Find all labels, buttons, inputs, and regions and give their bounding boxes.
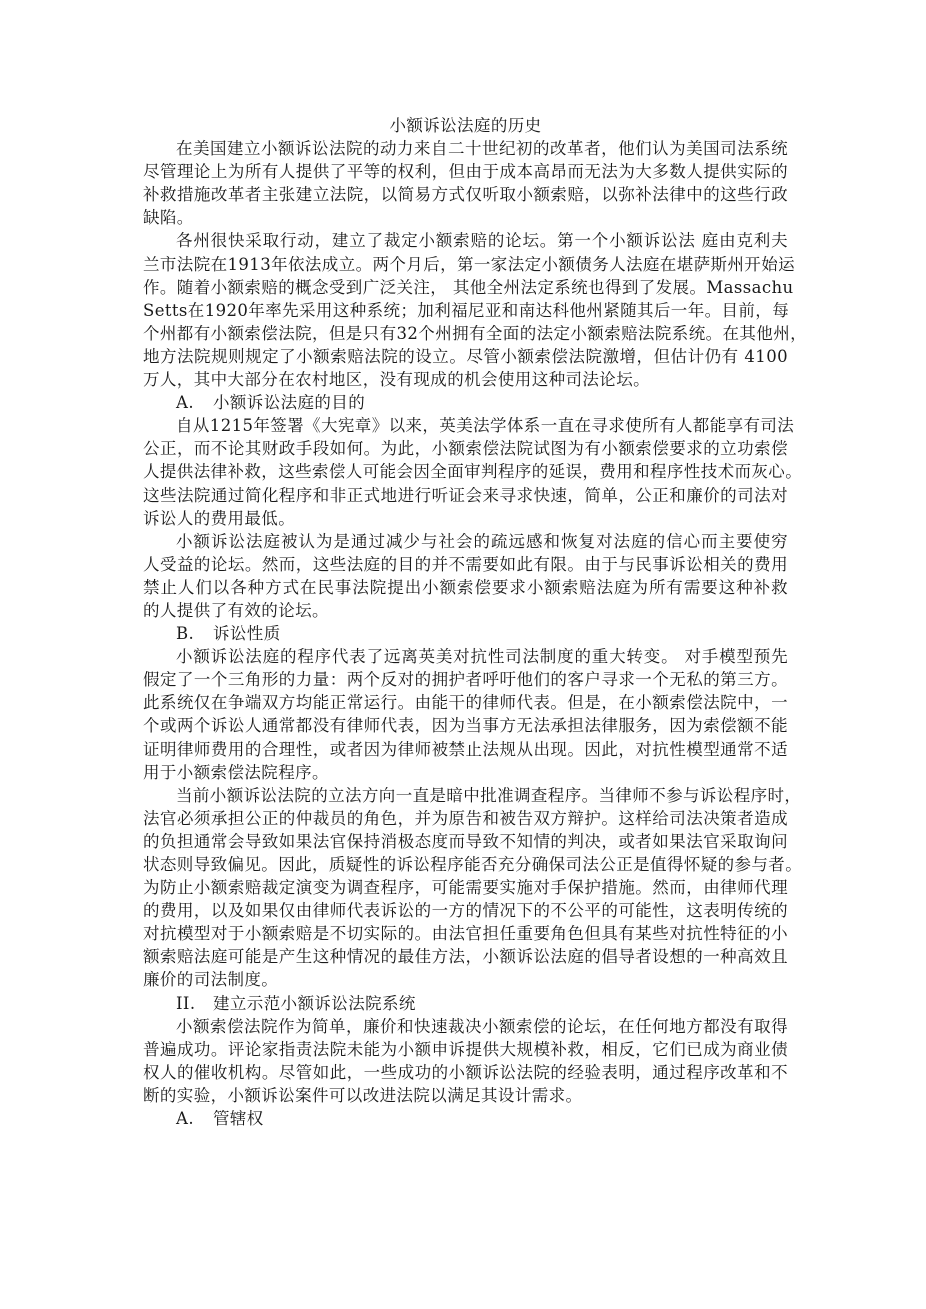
paragraph-line: 廉价的司法制度。 [143,968,788,991]
paragraph-line: 断的实验，小额诉讼案件可以改进法院以满足其设计需求。 [143,1084,788,1107]
paragraph-inquisitorial: 当前小额诉讼法院的立法方向一直是暗中批准调查程序。当律师不参与诉讼程序时， 法官… [143,784,788,992]
paragraph-line: 禁止人们以各种方式在民事法院提出小额索偿要求小额索赔法庭为所有需要这种补救 [143,576,788,599]
paragraph-line: 证明律师费用的合理性，或者因为律师被禁止法规从出现。因此，对抗性模型通常不适 [143,738,788,761]
paragraph-line: 个州都有小额索偿法院，但是只有32个州拥有全面的法定小额索赔法院系统。在其他州， [143,322,788,345]
paragraph-line: 小额索偿法院作为简单，廉价和快速裁决小额索偿的论坛，在任何地方都没有取得 [143,1015,788,1038]
paragraph-line: 为防止小额索赔裁定演变为调查程序，可能需要实施对手保护措施。然而，由律师代理 [143,876,788,899]
paragraph-line: 人提供法律补救，这些索偿人可能会因全面审判程序的延误，费用和程序性技术而灰心。 [143,460,788,483]
paragraph-intro: 在美国建立小额诉讼法院的动力来自二十世纪初的改革者，他们认为美国司法系统 尽管理… [143,137,788,229]
paragraph-adversarial: 小额诉讼法庭的程序代表了远离英美对抗性司法制度的重大转变。 对手模型预先 假定了… [143,645,788,784]
paragraph-states: 各州很快采取行动，建立了裁定小额索赔的论坛。第一个小额诉讼法 庭由克利夫 兰市法… [143,229,788,391]
paragraph-line: 额索赔法庭可能是产生这种情况的最佳方法，小额诉讼法庭的倡导者设想的一种高效且 [143,945,788,968]
paragraph-line: 尽管理论上为所有人提供了平等的权利，但由于成本高昂而无法为大多数人提供实际的 [143,160,788,183]
section-title: 小额诉讼法庭的目的 [213,393,365,412]
paragraph-poor-benefit: 小额诉讼法庭被认为是通过减少与社会的疏远感和恢复对法庭的信心而主要使穷 人受益的… [143,530,788,622]
section-heading-purpose: A.小额诉讼法庭的目的 [143,391,788,414]
section-label: A. [176,1107,213,1130]
paragraph-line: 当前小额诉讼法院的立法方向一直是暗中批准调查程序。当律师不参与诉讼程序时， [143,784,788,807]
paragraph-line: 地方法院规则规定了小额索赔法院的设立。尽管小额索偿法院激增，但估计仍有 4100 [143,345,788,368]
section-heading-model-system: II.建立示范小额诉讼法院系统 [143,992,788,1015]
paragraph-line: 假定了一个三角形的力量：两个反对的拥护者呼吁他们的客户寻求一个无私的第三方。 [143,668,788,691]
paragraph-line: 小额诉讼法庭的程序代表了远离英美对抗性司法制度的重大转变。 对手模型预先 [143,645,788,668]
paragraph-line: 人受益的论坛。然而，这些法庭的目的并不需要如此有限。由于与民事诉讼相关的费用 [143,553,788,576]
paragraph-line: 小额诉讼法庭被认为是通过减少与社会的疏远感和恢复对法庭的信心而主要使穷 [143,530,788,553]
paragraph-line: 补救措施改革者主张建立法院，以简易方式仅听取小额索赔，以弥补法律中的这些行政 [143,183,788,206]
paragraph-line: 用于小额索偿法院程序。 [143,761,788,784]
paragraph-line: 个或两个诉讼人通常都没有律师代表，因为当事方无法承担法律服务，因为索偿额不能 [143,714,788,737]
paragraph-line: 在美国建立小额诉讼法院的动力来自二十世纪初的改革者，他们认为美国司法系统 [143,137,788,160]
paragraph-line: 的人提供了有效的论坛。 [143,599,788,622]
paragraph-line: 的负担通常会导致如果法官保持消极态度而导致不知情的判决，或者如果法官采取询问 [143,830,788,853]
paragraph-success: 小额索偿法院作为简单，廉价和快速裁决小额索偿的论坛，在任何地方都没有取得 普遍成… [143,1015,788,1107]
paragraph-line: Setts在1920年率先采用这种系统；加利福尼亚和南达科他州紧随其后一年。目前… [143,299,788,322]
paragraph-line: 诉讼人的费用最低。 [143,507,788,530]
paragraph-line: 兰市法院在1913年依法成立。两个月后，第一家法定小额债务人法庭在堪萨斯州开始运 [143,253,788,276]
document-page: 小额诉讼法庭的历史 在美国建立小额诉讼法院的动力来自二十世纪初的改革者，他们认为… [143,114,788,1130]
paragraph-line: 这些法院通过简化程序和非正式地进行听证会来寻求快速，简单，公正和廉价的司法对 [143,484,788,507]
section-label: A. [176,391,213,414]
paragraph-line: 万人，其中大部分在农村地区，没有现成的机会使用这种司法论坛。 [143,368,788,391]
section-heading-jurisdiction: A.管辖权 [143,1107,788,1130]
section-title: 建立示范小额诉讼法院系统 [213,994,416,1013]
paragraph-line: 对抗模型对于小额索赔是不切实际的。由法官担任重要角色但具有某些对抗性特征的小 [143,922,788,945]
paragraph-line: 权人的催收机构。尽管如此，一些成功的小额诉讼法院的经验表明，通过程序改革和不 [143,1061,788,1084]
paragraph-line: 此系统仅在争端双方均能正常运行。由能干的律师代表。但是，在小额索偿法院中，一 [143,691,788,714]
document-title: 小额诉讼法庭的历史 [143,114,788,137]
paragraph-magna-carta: 自从1215年签署《大宪章》以来，英美法学体系一直在寻求使所有人都能享有司法 公… [143,414,788,529]
section-title: 管辖权 [213,1109,264,1128]
section-label: B. [176,622,213,645]
paragraph-line: 公正，而不论其财政手段如何。为此，小额索偿法院试图为有小额索偿要求的立功索偿 [143,437,788,460]
paragraph-line: 自从1215年签署《大宪章》以来，英美法学体系一直在寻求使所有人都能享有司法 [143,414,788,437]
paragraph-line: 的费用，以及如果仅由律师代表诉讼的一方的情况下的不公平的可能性，这表明传统的 [143,899,788,922]
section-heading-litigation-nature: B.诉讼性质 [143,622,788,645]
paragraph-line: 缺陷。 [143,206,788,229]
paragraph-line: 各州很快采取行动，建立了裁定小额索赔的论坛。第一个小额诉讼法 庭由克利夫 [143,229,788,252]
paragraph-line: 法官必须承担公正的仲裁员的角色，并为原告和被告双方辩护。这样给司法决策者造成 [143,807,788,830]
section-label: II. [176,992,213,1015]
section-title: 诉讼性质 [213,624,281,643]
paragraph-line: 作。随着小额索赔的概念受到广泛关注， 其他全州法定系统也得到了发展。Massac… [143,276,788,299]
paragraph-line: 普遍成功。评论家指责法院未能为小额申诉提供大规模补救，相反，它们已成为商业债 [143,1038,788,1061]
paragraph-line: 状态则导致偏见。因此，质疑性的诉讼程序能否充分确保司法公正是值得怀疑的参与者。 [143,853,788,876]
